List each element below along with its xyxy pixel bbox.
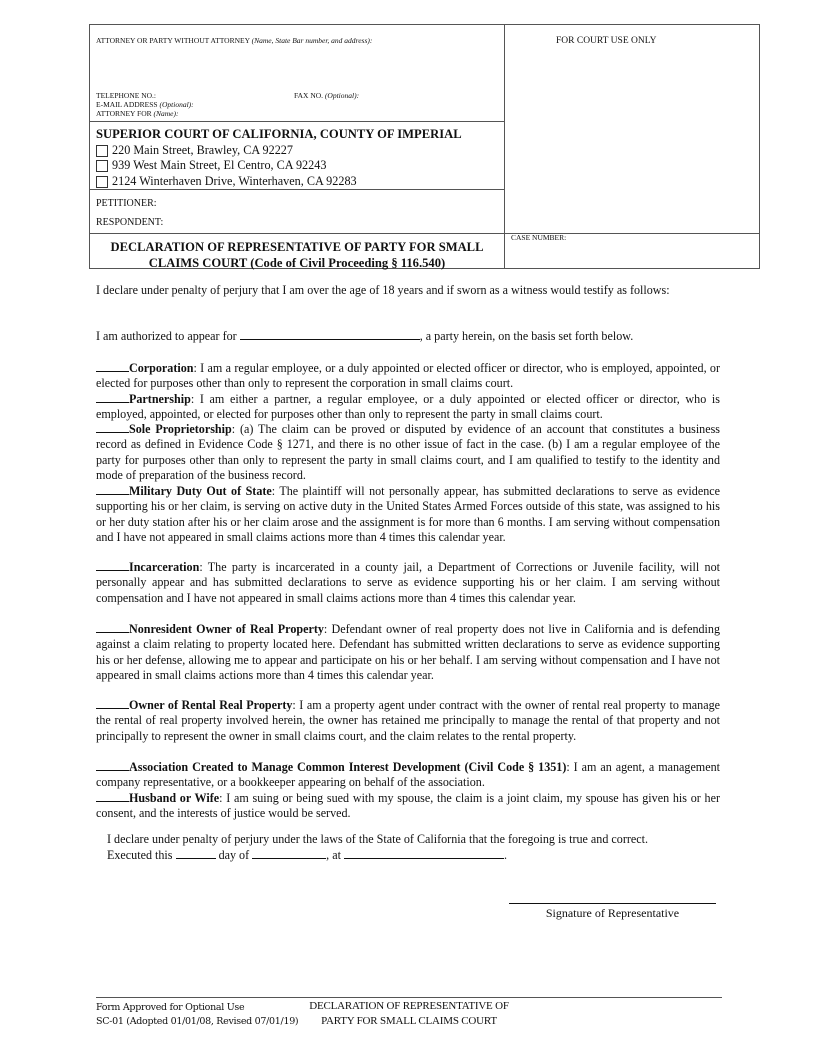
day-input[interactable]: [176, 847, 216, 859]
option-blank[interactable]: [96, 482, 129, 495]
authorized-statement: I am authorized to appear for , a party …: [96, 328, 720, 345]
option-partnership: Partnership: I am either a partner, a re…: [96, 390, 720, 423]
address-option-winterhaven[interactable]: 2124 Winterhaven Drive, Winterhaven, CA …: [96, 174, 357, 189]
execution-line: Executed this day of , at .: [107, 847, 720, 864]
address-option-el-centro[interactable]: 939 West Main Street, El Centro, CA 9224…: [96, 158, 326, 173]
checkbox[interactable]: [96, 160, 108, 172]
court-use-label: FOR COURT USE ONLY: [556, 36, 656, 46]
case-number-field[interactable]: CASE NUMBER:: [511, 233, 566, 242]
divider: [90, 121, 504, 122]
footer-form-title: DECLARATION OF REPRESENTATIVE OF PARTY F…: [299, 999, 519, 1029]
option-husband-or-wife: Husband or Wife: I am suing or being sue…: [96, 789, 720, 822]
checkbox[interactable]: [96, 176, 108, 188]
option-nonresident-owner: Nonresident Owner of Real Property: Defe…: [96, 620, 720, 684]
party-name-input[interactable]: [240, 328, 420, 340]
closing-declaration: I declare under penalty of perjury under…: [107, 832, 720, 848]
divider: [90, 233, 760, 234]
option-blank[interactable]: [96, 390, 129, 403]
option-blank[interactable]: [96, 359, 129, 372]
email-field[interactable]: E-MAIL ADDRESS (Optional):: [96, 100, 194, 109]
caption-box: ATTORNEY OR PARTY WITHOUT ATTORNEY (Name…: [89, 24, 760, 269]
month-input[interactable]: [252, 847, 326, 859]
location-input[interactable]: [344, 847, 504, 859]
option-blank[interactable]: [96, 789, 129, 802]
respondent-field[interactable]: RESPONDENT:: [96, 217, 163, 228]
intro-statement: I declare under penalty of perjury that …: [96, 283, 720, 299]
signature-input[interactable]: [509, 903, 716, 904]
court-name: SUPERIOR COURT OF CALIFORNIA, COUNTY OF …: [96, 127, 462, 142]
attorney-for-field[interactable]: ATTORNEY FOR (Name):: [96, 109, 179, 118]
footer-divider: [96, 997, 722, 998]
form-title: DECLARATION OF REPRESENTATIVE OF PARTY F…: [90, 239, 504, 271]
footer-form-info: Form Approved for Optional Use SC-01 (Ad…: [96, 1001, 298, 1029]
address-option-brawley[interactable]: 220 Main Street, Brawley, CA 92227: [96, 143, 293, 158]
option-blank[interactable]: [96, 696, 129, 709]
petitioner-field[interactable]: PETITIONER:: [96, 198, 157, 209]
option-blank[interactable]: [96, 620, 129, 633]
option-association: Association Created to Manage Common Int…: [96, 758, 720, 791]
divider: [504, 25, 505, 268]
option-blank[interactable]: [96, 420, 129, 433]
fax-field[interactable]: FAX NO. (Optional):: [294, 91, 359, 100]
option-corporation: Corporation: I am a regular employee, or…: [96, 359, 720, 392]
option-blank[interactable]: [96, 758, 129, 771]
signature-label: Signature of Representative: [509, 906, 716, 921]
checkbox[interactable]: [96, 145, 108, 157]
option-sole-proprietorship: Sole Proprietorship: (a) The claim can b…: [96, 420, 720, 484]
option-rental-property: Owner of Rental Real Property: I am a pr…: [96, 696, 720, 744]
option-incarceration: Incarceration: The party is incarcerated…: [96, 558, 720, 606]
divider: [90, 189, 504, 190]
option-military-duty: Military Duty Out of State: The plaintif…: [96, 482, 720, 546]
attorney-field-label[interactable]: ATTORNEY OR PARTY WITHOUT ATTORNEY (Name…: [96, 36, 372, 45]
telephone-field[interactable]: TELEPHONE NO.:: [96, 91, 156, 100]
option-blank[interactable]: [96, 558, 129, 571]
